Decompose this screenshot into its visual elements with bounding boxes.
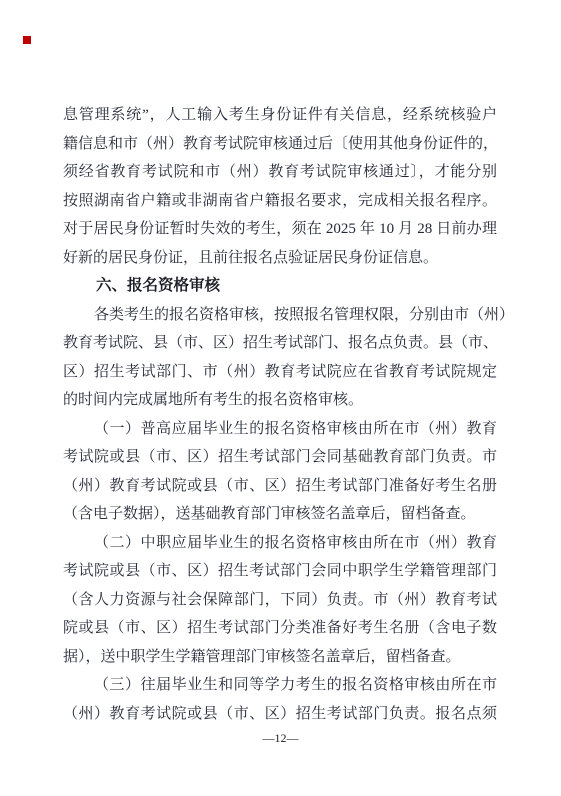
text-line: 对于居民身份证暂时失效的考生，须在 2025 年 10 月 28 日前办理: [63, 215, 497, 244]
section-heading: 六、报名资格审核: [63, 272, 497, 301]
text-line: （含人力资源与社会保障部门，下同）负责。市（州）教育考试: [63, 586, 497, 615]
text-line: （一）普高应届毕业生的报名资格审核由所在市（州）教育: [63, 415, 497, 444]
text-line: 教育考试院、县（市、区）招生考试部门、报名点负责。县（市、: [63, 329, 497, 358]
text-line: 考试院或县（市、区）招生考试部门会同中职学生学籍管理部门: [63, 557, 497, 586]
text-line: （州）教育考试院或县（市、区）招生考试部门准备好考生名册: [63, 472, 497, 501]
text-line: 息管理系统”，人工输入考生身份证件有关信息，经系统核验户: [63, 101, 497, 130]
cursor-marker: [23, 36, 31, 44]
text-line: （二）中职应届毕业生的报名资格审核由所在市（州）教育: [63, 529, 497, 558]
text-line: 的时间内完成属地所有考生的报名资格审核。: [63, 386, 497, 415]
text-line: 各类考生的报名资格审核，按照报名管理权限，分别由市（州）: [63, 301, 497, 330]
document-text-block: 息管理系统”，人工输入考生身份证件有关信息，经系统核验户 籍信息和市（州）教育考…: [63, 101, 497, 728]
text-line: 须经省教育考试院和市（州）教育考试院审核通过〕，才能分别: [63, 158, 497, 187]
text-line: （三）往届毕业生和同等学力考生的报名资格审核由所在市: [63, 671, 497, 700]
text-line: 好新的居民身份证，且前往报名点验证居民身份证信息。: [63, 244, 497, 273]
text-line: 考试院或县（市、区）招生考试部门会同基础教育部门负责。市: [63, 443, 497, 472]
text-line: （州）教育考试院或县（市、区）招生考试部门负责。报名点须: [63, 700, 497, 729]
text-line: 按照湖南省户籍或非湖南省户籍报名要求，完成相关报名程序。: [63, 187, 497, 216]
text-line: （含电子数据），送基础教育部门审核签名盖章后，留档备查。: [63, 500, 497, 529]
text-line: 籍信息和市（州）教育考试院审核通过后〔使用其他身份证件的，: [63, 130, 497, 159]
document-page: 息管理系统”，人工输入考生身份证件有关信息，经系统核验户 籍信息和市（州）教育考…: [0, 0, 561, 796]
text-line: 区）招生考试部门、市（州）教育考试院应在省教育考试院规定: [63, 358, 497, 387]
text-line: 据），送中职学生学籍管理部门审核签名盖章后，留档备查。: [63, 643, 497, 672]
page-number: —12—: [0, 731, 561, 746]
text-line: 院或县（市、区）招生考试部门分类准备好考生名册（含电子数: [63, 614, 497, 643]
